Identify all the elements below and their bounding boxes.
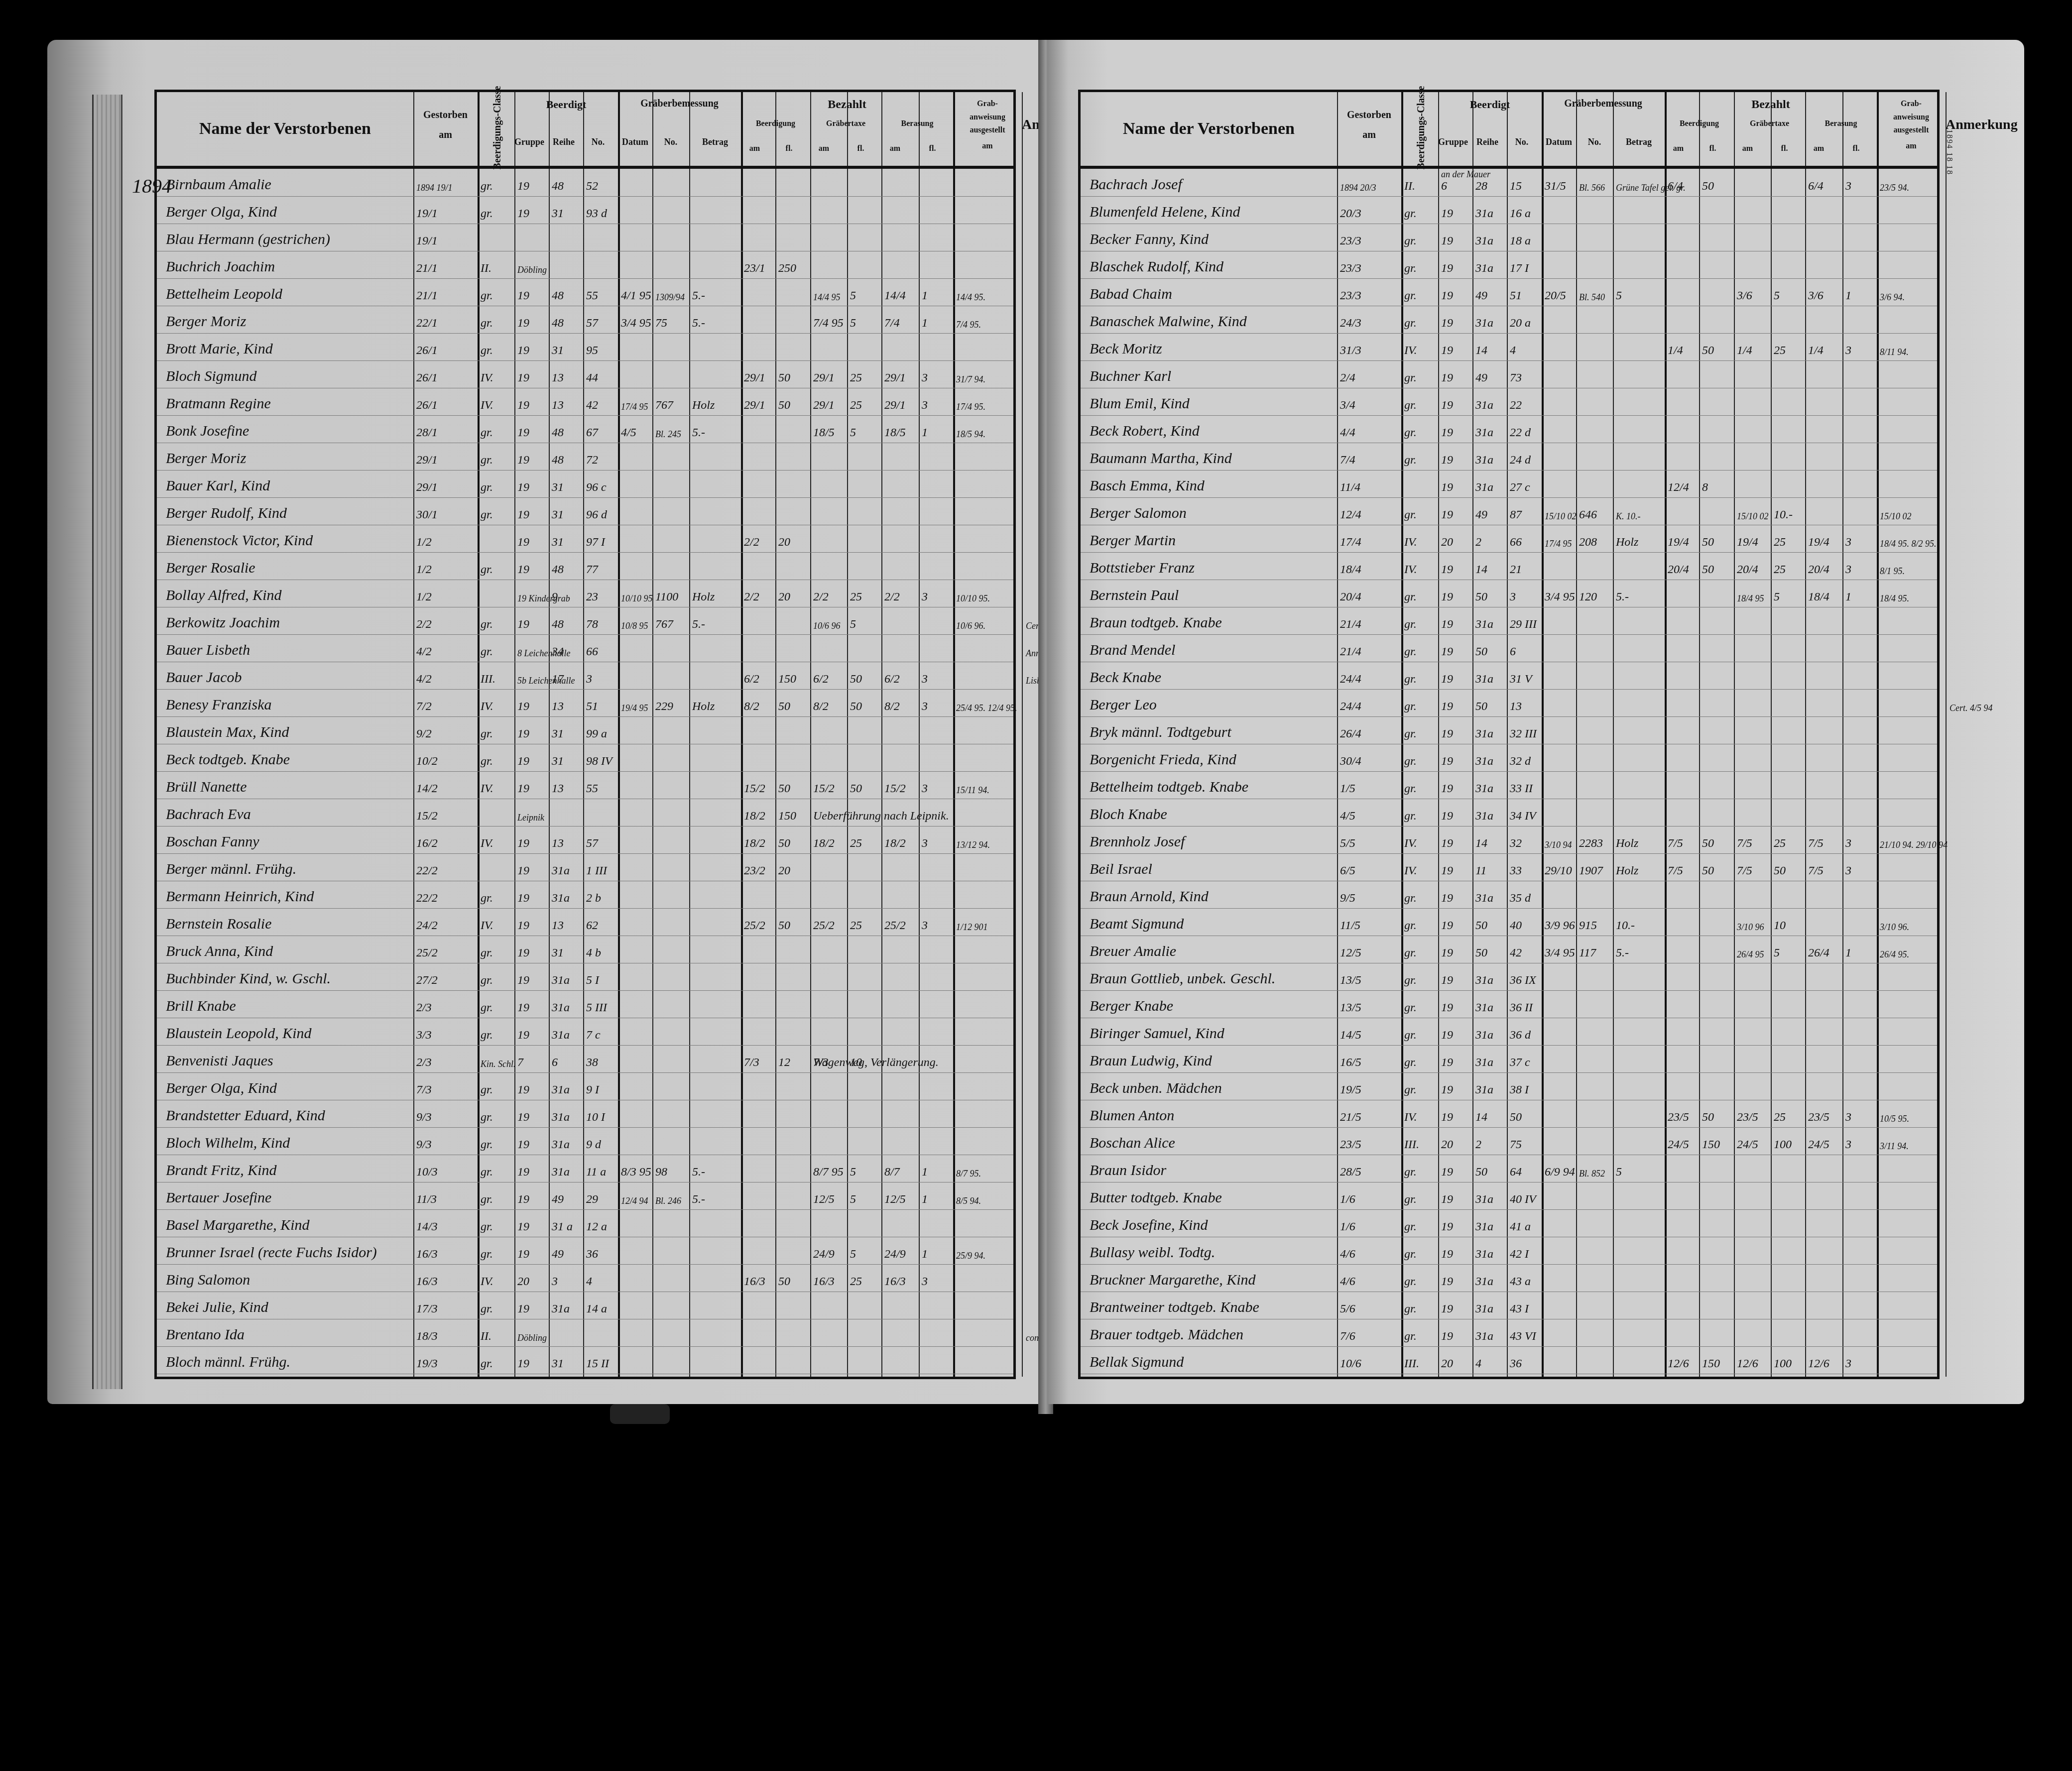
header-name: Name der Verstorbenen [157,119,413,138]
cell-ga: 29/1 [813,371,835,385]
cell-bf: 1907 [1579,864,1603,878]
cell-gruppe: 19 [1441,1193,1453,1206]
cell-gd: K. 10.- [1616,511,1641,522]
cell-gruppe: 19 [1441,864,1453,878]
cell-name: Bratmann Regine [166,395,271,412]
cell-cls: IV. [481,782,493,796]
table-row: Bratmann Regine26/1IV.19134217/4 95767Ho… [157,388,1013,416]
table-row: Boschan Fanny16/2IV.19135718/25018/22518… [157,826,1013,854]
table-row: Bloch Knabe4/5gr.1931a34 IV [1081,799,1937,826]
cell-gd: Holz [1616,536,1638,549]
cell-ra: 26/4 [1808,946,1829,960]
cell-ga: 1/4 [1737,344,1752,357]
cell-ga: 7/4 95 [813,317,844,330]
cell-no: 20 a [1510,317,1531,330]
cell-ra: 12/5 [884,1193,906,1206]
cell-bf: 2283 [1579,837,1603,850]
cell-gfl: 25 [850,371,862,385]
cell-gruppe: 19 [1441,700,1453,713]
cell-cls: gr. [481,946,493,960]
cell-name: Brand Mendel [1090,642,1175,659]
cell-no: 66 [586,645,598,659]
cell-no: 14 a [586,1302,607,1316]
header-gb-no: No. [652,137,689,147]
header-am: am [1734,144,1761,153]
cell-gruppe: Döbling [517,265,547,275]
cell-no: 33 II [1510,782,1533,796]
cell-cls: II. [481,262,491,275]
header-fl: fl. [775,144,803,153]
cell-no: 16 a [1510,207,1531,221]
cell-no: 1 III [586,864,607,878]
cell-reihe: 31a [1475,399,1493,412]
cell-ra: 24/9 [884,1248,906,1261]
table-row: Blaustein Max, Kind9/2gr.193199 a [157,716,1013,744]
cell-date: 26/1 [416,371,438,385]
header-ausgestellt: ausgestellt [1877,126,1946,135]
table-row: Borgenicht Frieda, Kind30/4gr.1931a32 d [1081,744,1937,772]
table-row: Basch Emma, Kind11/41931a27 c12/48 [1081,470,1937,498]
header-fl: fl. [1842,144,1870,153]
cell-gruppe: 19 [1441,289,1453,303]
cell-ra: 29/1 [884,399,906,412]
cell-span-note: Ueberführung nach Leipnik. [813,810,949,823]
cell-gruppe: 19 [1441,262,1453,275]
cell-ba: 2/2 [744,536,759,549]
cell-gfl: 25 [1774,344,1786,357]
cell-cls: gr. [481,645,493,659]
cell-cls: II. [1404,180,1415,193]
table-row: Biringer Samuel, Kind14/5gr.1931a36 d [1081,1018,1937,1046]
cell-gruppe: 19 [1441,481,1453,494]
cell-date: 29/1 [416,454,438,467]
cell-bfl: 50 [778,782,790,796]
cell-ga: 24/5 [1737,1138,1758,1152]
cell-cls: gr. [481,317,493,330]
cell-gd: 5.- [692,289,705,303]
cell-date: 1894 20/3 [1340,183,1376,193]
cell-cls: gr. [1404,1275,1417,1289]
table-row: Beamt Sigmund11/5gr.1950403/9 9691510.-3… [1081,908,1937,936]
table-row: Basel Margarethe, Kind14/3gr.1931 a12 a [157,1209,1013,1237]
cell-no: 32 [1510,837,1522,850]
cell-gruppe: 19 [517,1001,529,1015]
cell-name: Brandt Fritz, Kind [166,1162,277,1179]
cell-no: 87 [1510,508,1522,522]
cell-name: Blumen Anton [1090,1107,1174,1124]
cell-date: 9/2 [416,727,432,741]
table-row: Braun Ludwig, Kind16/5gr.1931a37 c [1081,1045,1937,1073]
table-row: Beck unben. Mädchen19/5gr.1931a38 I [1081,1072,1937,1100]
cell-gruppe: 19 [1441,1056,1453,1069]
table-row: Bonk Josefine28/1gr.1948674/5Bl. 2455.-1… [157,415,1013,443]
cell-date: 24/3 [1340,317,1361,330]
table-header: Name der VerstorbenenGestorbenamBeerdigu… [1081,92,1937,169]
cell-ba: 19/4 [1668,536,1689,549]
cell-ba: 1/4 [1668,344,1683,357]
header-fl: fl. [847,144,874,153]
cell-date: 21/4 [1340,618,1361,631]
cell-reihe: 48 [552,563,564,577]
cell-ga: 15/10 02 [1737,511,1769,522]
cell-bd: 15/10 02 [1545,511,1577,522]
cell-date: 1/6 [1340,1193,1355,1206]
cell-reihe: 31a [1475,1193,1493,1206]
cell-reihe: 31a [1475,1083,1493,1097]
table-row: Bruckner Margarethe, Kind4/6gr.1931a43 a [1081,1264,1937,1292]
cell-date: 4/2 [416,645,432,659]
cell-gruppe: 19 [1441,1275,1453,1289]
cell-cls: gr. [1404,892,1417,905]
cell-cls: gr. [1404,454,1417,467]
cell-date: 31/3 [1340,344,1361,357]
cell-ba: 18/2 [744,810,765,823]
cell-reihe: 50 [1475,919,1487,933]
cell-ga: 26/4 95 [1737,949,1764,960]
cell-grab: 15/11 94. [956,785,989,796]
cell-reihe: 49 [552,1248,564,1261]
cell-name: Bryk männl. Todtgeburt [1090,724,1231,741]
cell-name: Blau Hermann (gestrichen) [166,231,330,248]
cell-name: Basch Emma, Kind [1090,477,1205,494]
cell-cls: gr. [481,1083,493,1097]
table-row: Brill Knabe2/3gr.1931a5 III [157,990,1013,1018]
cell-gruppe: 19 [517,289,529,303]
cell-rfl: 1 [922,1193,928,1206]
cell-cls: IV. [481,399,493,412]
cell-gfl: 10.- [1774,508,1793,522]
cell-ga: 12/5 [813,1193,835,1206]
cell-date: 7/6 [1340,1330,1355,1343]
cell-gruppe: 19 [517,618,529,631]
cell-gfl: 5 [1774,289,1780,303]
table-row: Butter todtgeb. Knabe1/6gr.1931a40 IV [1081,1182,1937,1210]
cell-date: 9/3 [416,1111,432,1124]
cell-date: 12/5 [1340,946,1361,960]
cell-gd: Holz [1616,837,1638,850]
cell-date: 12/4 [1340,508,1361,522]
cell-name: Bellak Sigmund [1090,1354,1184,1371]
table-row: Braun todtgeb. Knabe21/4gr.1931a29 III [1081,607,1937,635]
cell-cls: gr. [1404,262,1417,275]
cell-gfl: 50 [1774,864,1786,878]
table-row: Berger Olga, Kind19/1gr.193193 d [157,196,1013,224]
cell-name: Beil Israel [1090,861,1152,878]
cell-ga: 25/2 [813,919,835,933]
cell-gruppe: 19 [517,1029,529,1042]
table-row: Benvenisti Jaques2/3Kin. Schl.76387/3127… [157,1045,1013,1073]
cell-gruppe: 19 Kindergrab [517,593,570,604]
cell-name: Bullasy weibl. Todtg. [1090,1244,1215,1261]
cell-grab: 8/7 95. [956,1169,981,1179]
cell-reihe: 31a [552,1302,570,1316]
cell-reihe: 48 [552,289,564,303]
cell-grab: 17/4 95. [956,402,985,412]
cell-gfl: 10 [1774,919,1786,933]
header-reihe: Reihe [549,137,579,147]
cell-cls: IV. [1404,536,1417,549]
column-divider [1022,92,1023,1377]
cell-reihe: 49 [1475,371,1487,385]
header-beerdigung: Beerdigung [1665,119,1734,128]
cell-gruppe: 19 [517,1111,529,1124]
cell-no: 98 IV [586,755,612,768]
table-row: Brand Mendel21/4gr.19506 [1081,634,1937,662]
cell-bfl: 12 [778,1056,790,1069]
cell-date: 24/4 [1340,673,1361,686]
cell-bfl: 50 [1702,837,1714,850]
cell-ra: 7/4 [884,317,900,330]
cell-name: Berger Olga, Kind [166,1080,277,1097]
table-row: Bauer Karl, Kind29/1gr.193196 c [157,470,1013,498]
cell-no: 37 c [1510,1056,1530,1069]
cell-gfl: 5 [850,426,856,440]
cell-name: Babad Chaim [1090,286,1172,303]
cell-date: 4/6 [1340,1275,1355,1289]
cell-no: 78 [586,618,598,631]
cell-bfl: 150 [1702,1357,1720,1371]
table-row: Brunner Israel (recte Fuchs Isidor)16/3g… [157,1237,1013,1265]
cell-gd: 5.- [692,317,705,330]
cell-no: 55 [586,289,598,303]
table-row: Blum Emil, Kind3/4gr.1931a22 [1081,388,1937,416]
cell-date: 15/2 [416,810,438,823]
cell-date: 4/6 [1340,1248,1355,1261]
cell-no: 51 [1510,289,1522,303]
cell-rfl: 1 [922,1166,928,1179]
cell-no: 34 IV [1510,810,1536,823]
cell-reihe: 31a [1475,727,1493,741]
cell-date: 20/3 [1340,207,1361,221]
header-am: am [741,144,768,153]
header-klasse: Beerdigungs-Classe [492,78,503,178]
cell-cls: gr. [1404,919,1417,933]
cell-no: 22 d [1510,426,1531,440]
cell-grab: 10/6 96. [956,621,985,631]
cell-reihe: 49 [1475,289,1487,303]
cell-ra: 29/1 [884,371,906,385]
cell-cls: gr. [1404,645,1417,659]
cell-reihe: 50 [1475,645,1487,659]
cell-reihe: 31a [1475,1029,1493,1042]
cell-gruppe: 19 [1441,590,1453,604]
cell-bfl: 50 [778,700,790,713]
table-row: Brantweiner todtgeb. Knabe5/6gr.1931a43 … [1081,1292,1937,1319]
cell-bf: Bl. 246 [655,1196,681,1206]
cell-reihe: 31a [1475,1001,1493,1015]
cell-gruppe: 19 [1441,974,1453,987]
cell-no: 57 [586,837,598,850]
cell-name: Beck Knabe [1090,669,1161,686]
cell-bf: 98 [655,1166,667,1179]
table-row: Bloch Wilhelm, Kind9/3gr.1931a9 d [157,1127,1013,1155]
cell-no: 40 IV [1510,1193,1536,1206]
cell-gfl: 25 [1774,1111,1786,1124]
cell-reihe: 50 [1475,946,1487,960]
cell-no: 57 [586,317,598,330]
table-body: Bachrach Josef1894 20/3II.6281531/5Bl. 5… [1081,169,1937,1377]
cell-date: 28/1 [416,426,438,440]
cell-no: 67 [586,426,598,440]
cell-reihe: 31a [1475,974,1493,987]
cell-date: 5/5 [1340,837,1355,850]
cell-gfl: 5 [850,1166,856,1179]
cell-cls: Kin. Schl. [481,1059,516,1069]
cell-bd: 3/4 95 [621,317,651,330]
cell-no: 4 [586,1275,592,1289]
cell-gruppe: 20 [1441,1138,1453,1152]
cell-cls: gr. [1404,1193,1417,1206]
table-row: Berger männl. Frühg.22/21931a1 III23/220 [157,853,1013,881]
cell-gfl: 5 [850,1193,856,1206]
cell-reihe: 31 a [552,1220,573,1234]
cell-rfl: 3 [922,399,928,412]
table-row: Bottstieber Franz18/4IV.19142120/45020/4… [1081,552,1937,580]
header-ausgestellt: ausgestellt [953,126,1022,135]
cell-date: 19/5 [1340,1083,1361,1097]
table-row: Braun Gottlieb, unbek. Geschl.13/5gr.193… [1081,963,1937,991]
cell-bfl: 250 [778,262,796,275]
cell-gfl: 5 [1774,590,1780,604]
cell-no: 75 [1510,1138,1522,1152]
cell-gfl: 25 [850,399,862,412]
edge-stamp: 1894 18 18 [1945,129,1953,175]
cell-no: 31 V [1510,673,1532,686]
cell-ba: 29/1 [744,399,765,412]
cell-cls: gr. [1404,618,1417,631]
cell-no: 36 d [1510,1029,1531,1042]
table-row: Beil Israel6/5IV.19113329/101907Holz7/55… [1081,853,1937,881]
cell-cls: gr. [481,755,493,768]
cell-name: Braun Ludwig, Kind [1090,1053,1212,1069]
cell-cls: gr. [1404,207,1417,221]
table-row: Brüll Nanette14/2IV.19135515/25015/25015… [157,771,1013,799]
cell-ba: 7/5 [1668,864,1683,878]
cell-date: 21/5 [1340,1111,1361,1124]
cell-date: 10/3 [416,1166,438,1179]
cell-ga: 20/4 [1737,563,1758,577]
cell-ra: 24/5 [1808,1138,1829,1152]
cell-cls: gr. [1404,289,1417,303]
cell-gd: Holz [692,590,715,604]
cell-cls: IV. [1404,837,1417,850]
cell-date: 23/3 [1340,289,1361,303]
cell-reihe: 48 [552,180,564,193]
cell-name: Basel Margarethe, Kind [166,1217,310,1234]
cell-no: 96 d [586,508,607,522]
cell-date: 19/1 [416,235,438,248]
cell-gd: 5.- [692,1193,705,1206]
cell-reihe: 13 [552,919,564,933]
cell-gruppe: 19 [517,399,529,412]
header-fl: fl. [919,144,946,153]
cell-gd: 5.- [692,426,705,440]
table-row: Brandstetter Eduard, Kind9/3gr.1931a10 I [157,1100,1013,1128]
table-row: Bermann Heinrich, Kind22/2gr.1931a2 b [157,881,1013,909]
cell-no: 38 [586,1056,598,1069]
cell-date: 24/4 [1340,700,1361,713]
header-fl: fl. [1699,144,1726,153]
header-am: am [1665,144,1692,153]
table-row: Bernstein Paul20/4gr.195033/4 951205.-18… [1081,580,1937,607]
cell-date: 7/2 [416,700,432,713]
cell-name: Bloch Knabe [1090,806,1167,823]
cell-gruppe: 5b Leichenhalle [517,676,575,686]
cell-reihe: 50 [1475,700,1487,713]
cell-name: Berger Knabe [1090,998,1173,1015]
cell-date: 22/2 [416,892,438,905]
cell-gruppe: 19 [1441,892,1453,905]
cell-name: Bettelheim Leopold [166,286,282,303]
cell-gfl: 25 [1774,837,1786,850]
cell-name: Becker Fanny, Kind [1090,231,1209,248]
cell-gruppe: 19 [1441,371,1453,385]
cell-bfl: 50 [1702,563,1714,577]
cell-name: Bloch Wilhelm, Kind [166,1135,290,1152]
cell-reihe: 49 [552,1193,564,1206]
cell-date: 1/2 [416,536,432,549]
cell-cls: gr. [1404,1056,1417,1069]
cell-ga: 18/5 [813,426,835,440]
cell-gruppe: 19 [1441,454,1453,467]
cell-gruppe: 19 [1441,727,1453,741]
cell-reihe: 13 [552,837,564,850]
header-datum: Datum [1542,137,1576,147]
header-grab: Grab- [1877,100,1946,109]
cell-rfl: 3 [922,1275,928,1289]
cell-ga: 8/7 95 [813,1166,844,1179]
cell-cls: gr. [1404,755,1417,768]
cell-grab: 8/1 95. [1880,566,1905,577]
cell-cls: IV. [1404,864,1417,878]
header-grab: Grab- [953,100,1022,109]
table-row: Buchrich Joachim21/1II.Döbling23/1250 [157,251,1013,279]
cell-gruppe: 19 [1441,1001,1453,1015]
cell-name: Brill Knabe [166,998,236,1015]
header-no: No. [1507,137,1537,147]
cell-cls: gr. [481,563,493,577]
cell-cls: gr. [481,1029,493,1042]
table-row: Birnbaum Amalie1894 19/1gr.194852 [157,169,1013,197]
cell-grab: 26/4 95. [1880,949,1909,960]
cell-rfl: 3 [922,673,928,686]
cell-cls: gr. [1404,508,1417,522]
cell-gfl: 5 [850,618,856,631]
cell-no: 4 b [586,946,601,960]
cell-ga: 12/6 [1737,1357,1758,1371]
cell-no: 32 d [1510,755,1531,768]
cell-rfl: 1 [922,426,928,440]
header-beerdigt: Beerdigt [514,98,618,111]
cell-gruppe: 19 [517,946,529,960]
cell-bf: 767 [655,618,673,631]
cell-cls: III. [481,673,495,686]
cell-bfl: 50 [1702,1111,1714,1124]
cell-name: Brantweiner todtgeb. Knabe [1090,1299,1259,1316]
cell-name: Berger männl. Frühg. [166,861,296,878]
cell-name: Blaustein Max, Kind [166,724,289,741]
cell-name: Brunner Israel (recte Fuchs Isidor) [166,1244,377,1261]
cell-bfl: 50 [778,399,790,412]
cell-reihe: 31a [1475,782,1493,796]
cell-cls: gr. [481,207,493,221]
cell-date: 19/3 [416,1357,438,1371]
cell-reihe: 4 [1475,1357,1481,1371]
header-gruppe: Gruppe [1438,137,1468,147]
cell-cls: gr. [1404,673,1417,686]
cell-cls: gr. [481,1166,493,1179]
cell-no: 42 [1510,946,1522,960]
